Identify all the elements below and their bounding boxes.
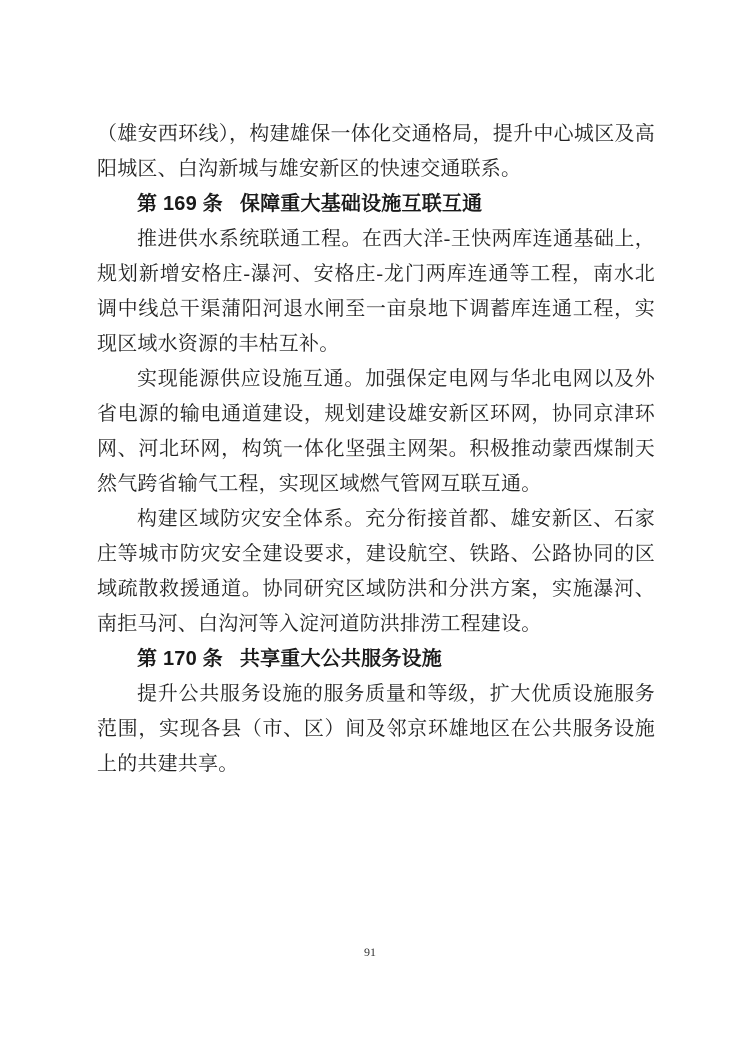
- article-title: 共享重大公共服务设施: [240, 648, 442, 670]
- article-heading-170: 第 170 条共享重大公共服务设施: [97, 642, 655, 677]
- paragraph-energy-supply: 实现能源供应设施互通。加强保定电网与华北电网以及外省电源的输电通道建设，规划建设…: [97, 362, 655, 502]
- article-title: 保障重大基础设施互联互通: [240, 193, 482, 215]
- paragraph-public-services: 提升公共服务设施的服务质量和等级，扩大优质设施服务范围，实现各县（市、区）间及邻…: [97, 677, 655, 782]
- page-number: 91: [0, 944, 740, 960]
- document-page: （雄安西环线），构建雄保一体化交通格局，提升中心城区及高阳城区、白沟新城与雄安新…: [0, 0, 740, 1047]
- paragraph-disaster-prevention: 构建区域防灾安全体系。充分衔接首都、雄安新区、石家庄等城市防灾安全建设要求，建设…: [97, 502, 655, 642]
- article-number: 第 169 条: [137, 193, 223, 215]
- article-heading-169: 第 169 条保障重大基础设施互联互通: [97, 187, 655, 222]
- paragraph-water-supply: 推进供水系统联通工程。在西大洋-王快两库连通基础上，规划新增安格庄-瀑河、安格庄…: [97, 222, 655, 362]
- article-number: 第 170 条: [137, 648, 223, 670]
- paragraph-continuation: （雄安西环线），构建雄保一体化交通格局，提升中心城区及高阳城区、白沟新城与雄安新…: [97, 117, 655, 187]
- document-body: （雄安西环线），构建雄保一体化交通格局，提升中心城区及高阳城区、白沟新城与雄安新…: [97, 117, 655, 782]
